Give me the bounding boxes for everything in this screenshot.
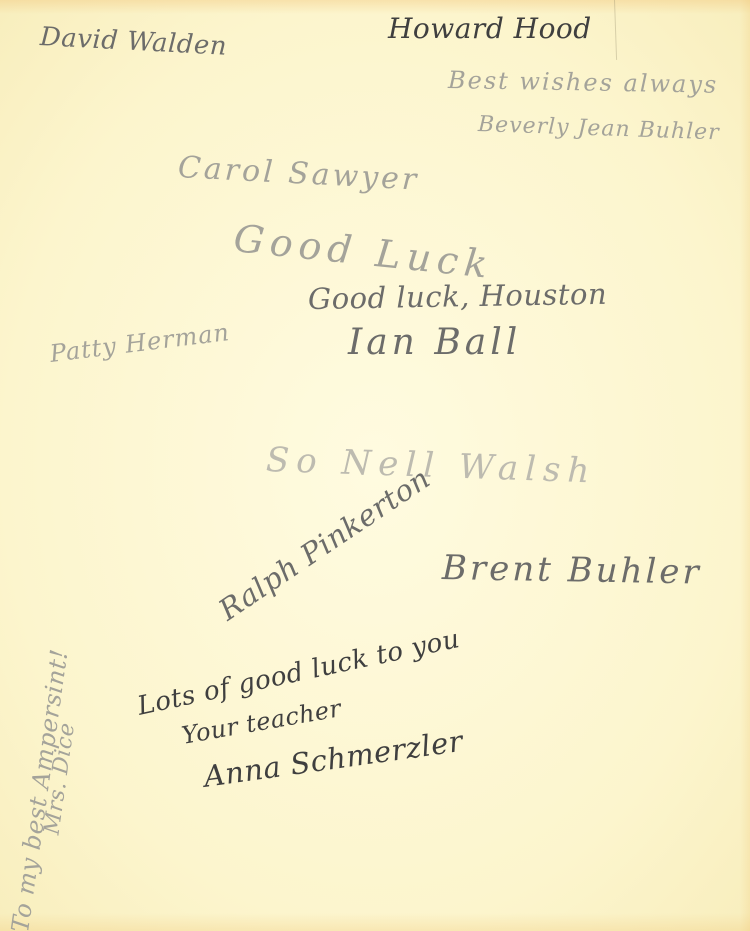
signature-carol-sawyer: Carol Sawyer — [177, 150, 420, 198]
signature-beverly-jean-buhler: Beverly Jean Buhler — [478, 112, 721, 145]
autograph-page: David Walden Howard Hood Best wishes alw… — [0, 0, 750, 931]
signature-ian-ball: Ian Ball — [348, 322, 521, 363]
signature-david-walden: David Walden — [39, 22, 228, 62]
message-good-luck: Good Luck — [232, 216, 496, 287]
paper-fold-line — [614, 0, 617, 60]
message-good-luck-houston: Good luck, Houston — [308, 277, 608, 316]
signature-brent-buhler: Brent Buhler — [442, 548, 702, 593]
signature-howard-hood: Howard Hood — [388, 12, 592, 45]
message-best-wishes-always: Best wishes always — [448, 66, 719, 99]
signature-patty-herman: Patty Herman — [48, 318, 231, 368]
signature-ralph-pinkerton: Ralph Pinkerton — [212, 461, 436, 627]
